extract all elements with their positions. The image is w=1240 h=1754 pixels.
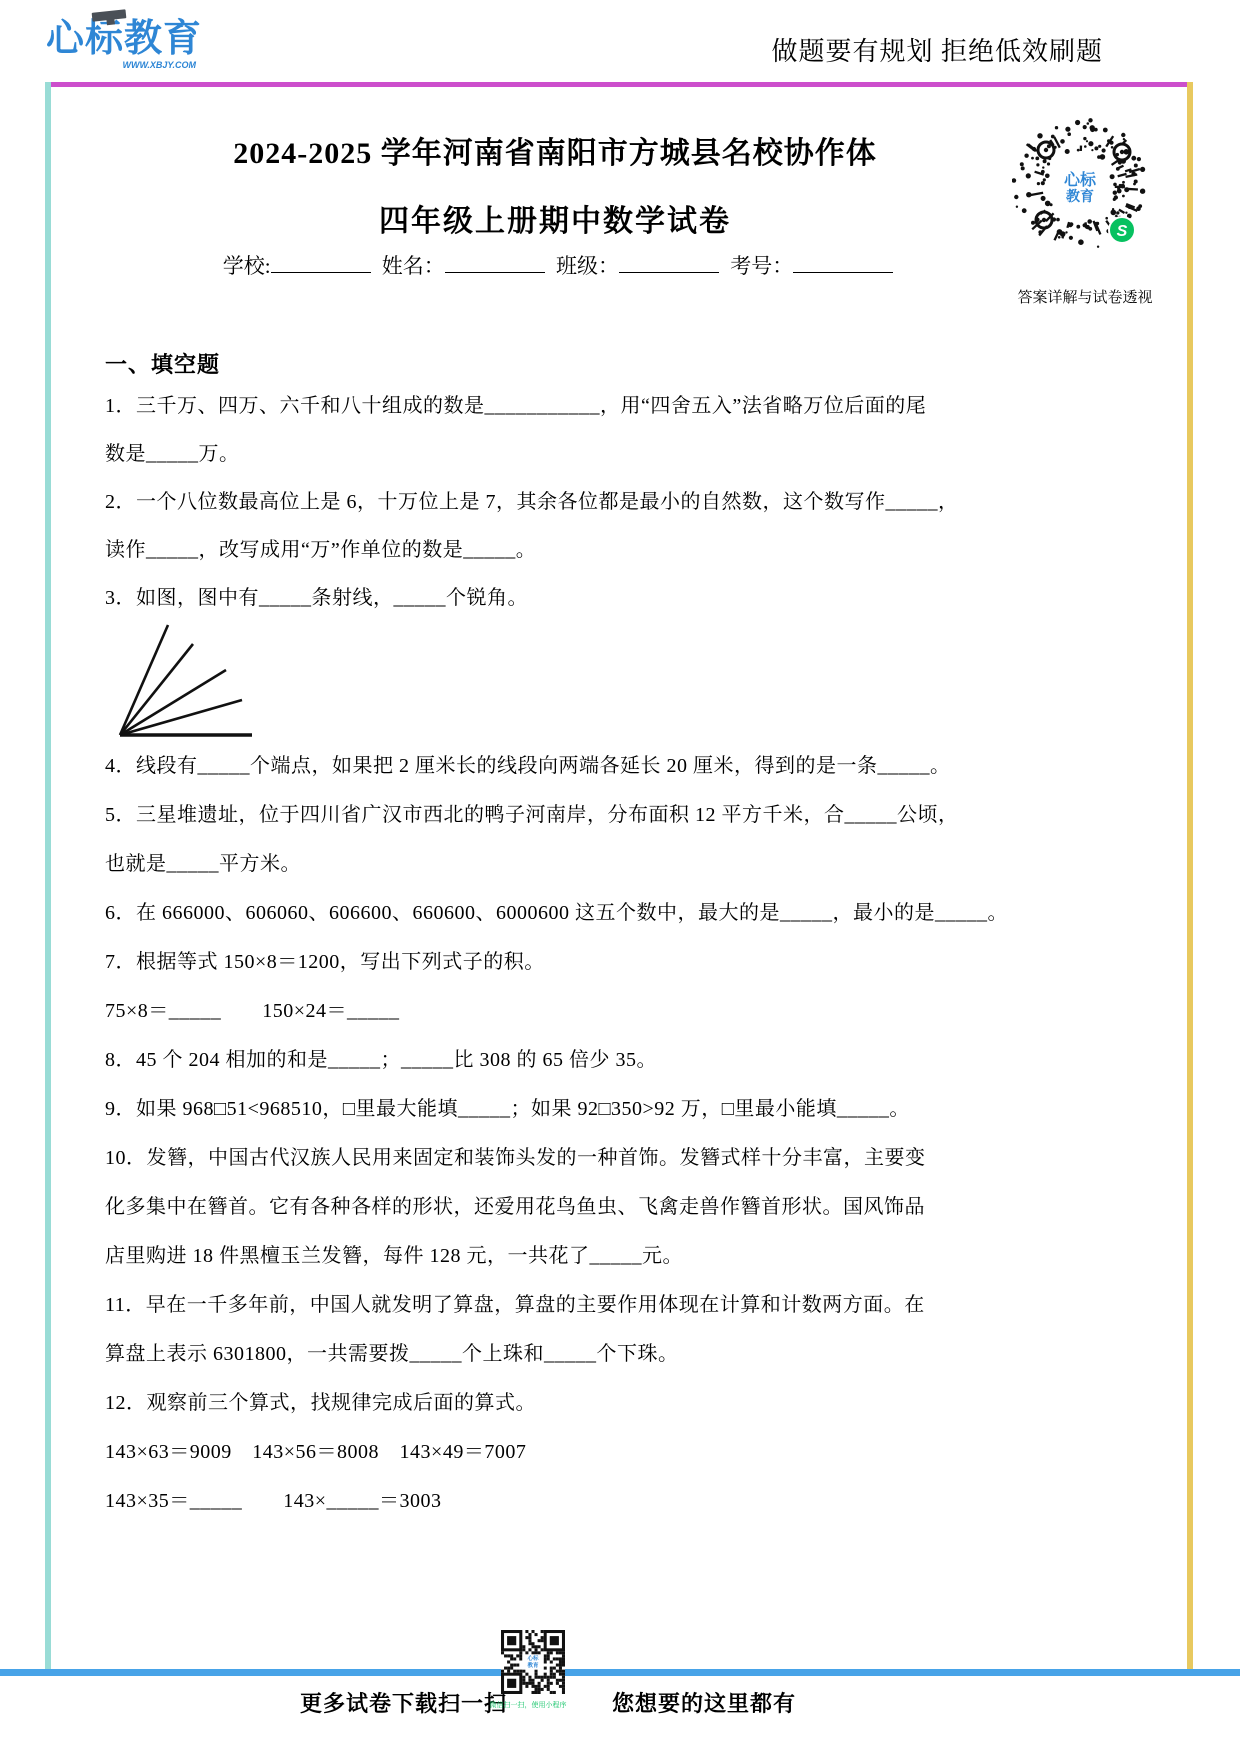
class-blank [619,251,719,273]
download-qr-code: 心标教育 微信扫一扫，使用小程序 [488,1630,578,1710]
question-line: 2．一个八位数最高位上是 6，十万位上是 7，其余各位都是最小的自然数，这个数写… [105,478,1065,526]
brand-logo: 心标教育 WWW.XBJY.COM [46,20,202,70]
exam-title-line1: 2024-2025 学年河南省南阳市方城县名校协作体 [55,128,1055,172]
svg-text:教育: 教育 [526,1661,539,1669]
question-line: 4．线段有_____个端点，如果把 2 厘米长的线段向两端各延长 20 厘米，得… [105,742,1065,791]
question-line: 化多集中在簪首。它有各种各样的形状，还爱用花鸟鱼虫、飞禽走兽作簪首形状。国风饰品 [105,1183,1065,1232]
question-line: 算盘上表示 6301800，一共需要拨_____个上珠和_____个下珠。 [105,1330,1065,1379]
question-line: 12．观察前三个算式，找规律完成后面的算式。 [105,1379,1065,1428]
header-slogan: 做题要有规划 拒绝低效刷题 [771,31,1103,68]
questions-block-2: 4．线段有_____个端点，如果把 2 厘米长的线段向两端各延长 20 厘米，得… [105,742,1065,1526]
question-line: 143×35＝_____ 143×_____＝3003 [105,1477,1065,1526]
question-line: 也就是_____平方米。 [105,840,1065,889]
download-qr-code-graphic: 心标教育 [501,1630,565,1694]
answer-qr-code: 心标教育S [1012,116,1152,260]
question-line: 11．早在一千多年前，中国人就发明了算盘，算盘的主要作用体现在计算和计数两方面。… [105,1281,1065,1330]
footer-right-text: 您想要的这里都有 [612,1687,796,1718]
download-qr-caption: 微信扫一扫，使用小程序 [478,1700,578,1710]
name-label: 姓名： [382,254,445,278]
question-line: 店里购进 18 件黑檀玉兰发簪，每件 128 元，一共花了_____元。 [105,1232,1065,1281]
question-line: 143×63＝9009 143×56＝8008 143×49＝7007 [105,1428,1065,1477]
question-line: 9．如果 968□51<968510，□里最大能填_____；如果 92□350… [105,1085,1065,1134]
question-line: 8．45 个 204 相加的和是_____；_____比 308 的 65 倍少… [105,1036,1065,1085]
school-blank [271,251,371,273]
question-line: 10．发簪，中国古代汉族人民用来固定和装饰头发的一种首饰。发簪式样十分丰富，主要… [105,1134,1065,1183]
brand-logo-url: WWW.XBJY.COM [46,60,196,70]
student-info-row: 学校: 姓名： 班级： 考号： [55,250,1055,280]
answer-qr-caption: 答案详解与试卷透视 [1000,286,1170,307]
school-label: 学校: [223,254,271,278]
question-line: 读作_____，改写成用“万”作单位的数是_____。 [105,526,1065,574]
rays-figure [112,622,257,742]
svg-text:心标: 心标 [527,1654,539,1662]
footer-divider-line [0,1669,1240,1676]
class-label: 班级： [556,254,619,278]
name-blank [445,251,545,273]
footer-left-text: 更多试卷下载扫一扫 [300,1687,507,1718]
frame-border-right [1187,82,1193,1671]
question-line: 3．如图，图中有_____条射线，_____个锐角。 [105,574,1065,622]
question-line: 数是_____万。 [105,430,1065,478]
svg-text:心标: 心标 [1064,171,1097,189]
section-title-fill-in-blanks: 一、填空题 [105,348,220,379]
exam-title-line2: 四年级上册期中数学试卷 [55,196,1055,240]
exam-number-blank [793,251,893,273]
exam-number-label: 考号： [730,254,793,278]
questions-block-1: 1．三千万、四万、六千和八十组成的数是___________，用“四舍五入”法省… [105,382,1065,622]
question-line: 75×8＝_____ 150×24＝_____ [105,987,1065,1036]
answer-qr-code-graphic: 心标教育S [1012,116,1152,260]
frame-border-top [45,82,1193,87]
frame-border-left [45,82,51,1671]
question-line: 7．根据等式 150×8＝1200，写出下列式子的积。 [105,938,1065,987]
question-line: 6．在 666000、606060、606600、660600、6000600 … [105,889,1065,938]
question-line: 5．三星堆遗址，位于四川省广汉市西北的鸭子河南岸，分布面积 12 平方千米，合_… [105,791,1065,840]
brand-logo-text: 心标教育 [46,20,202,60]
svg-text:S: S [1117,223,1128,240]
question-line: 1．三千万、四万、六千和八十组成的数是___________，用“四舍五入”法省… [105,382,1065,430]
svg-text:教育: 教育 [1065,188,1094,204]
